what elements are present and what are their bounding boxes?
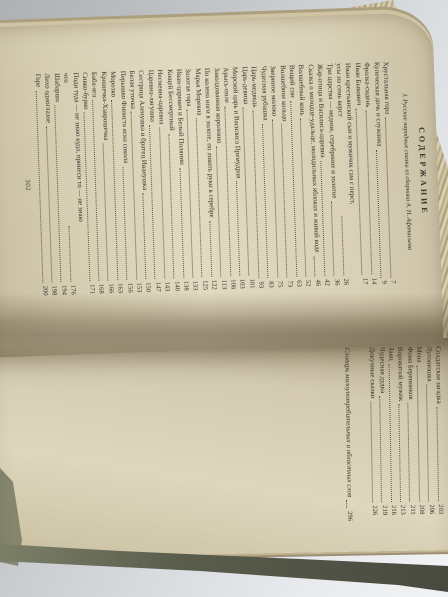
toc-entry-title: Фролка-сидень: [362, 62, 373, 107]
toc-entry-page: 156: [124, 283, 134, 293]
toc-entry-title: Марья Моревна: [192, 68, 203, 116]
toc-entry-page: 226: [370, 505, 380, 515]
dot-leader: [314, 256, 316, 277]
page-number: 302: [19, 74, 34, 296]
toc-entry-page: 168: [96, 284, 106, 294]
toc-entry-title: Сивко-бурко: [79, 72, 90, 110]
toc-entry-page: 7: [388, 280, 398, 284]
toc-entry-page: 46: [313, 279, 323, 286]
toc-entry-page: 147: [153, 282, 163, 292]
toc-entry-title: Баба-яга: [89, 72, 99, 98]
toc-entry-page: 17: [360, 278, 370, 285]
dot-leader: [398, 404, 401, 502]
toc-entry-title: Солдатская загадка: [433, 346, 443, 404]
toc-entry-title: Мена: [414, 346, 424, 362]
dot-leader: [35, 90, 43, 282]
toc-list-right: Солдатская загадка 203 Лутонюшка 206 Мен: [367, 346, 445, 515]
toc-entry-page: 150: [143, 282, 153, 292]
toc-entry-page: 200: [40, 286, 50, 296]
toc-entry-page: 26: [341, 278, 351, 285]
dot-leader: [68, 226, 71, 282]
toc-entry-title: Арысь-поле: [220, 67, 231, 103]
toc-entry-page: 75: [275, 281, 285, 288]
toc-entry-page: 219: [379, 505, 389, 515]
section-heading: I. Русские народные сказки из сборника А…: [399, 61, 415, 283]
glossary-title: Словарь малоупотребительных и областных …: [341, 348, 353, 498]
glossary-page: 296: [344, 511, 354, 521]
toc-entry-title: Царь-девица: [239, 66, 250, 104]
book-photo: Солдатская загадка 203 Лутонюшка 206 Мен: [0, 0, 448, 597]
toc-entry-title: Несмеяна-царевна: [155, 69, 166, 124]
toc-entry-page: 211: [407, 505, 417, 515]
toc-entry-title: Хрустальная гора: [380, 62, 391, 115]
toc-entry-page: 166: [106, 283, 116, 293]
toc-entry-title: Золотая гора: [183, 68, 194, 106]
toc-list-left: Хрустальная гора 7 Купеческая дочь и слу…: [32, 62, 397, 296]
toc-entry-title: Вещий сон: [286, 65, 297, 98]
dot-leader: [408, 403, 411, 502]
toc-entry-page: 52: [303, 280, 313, 287]
toc-entry-page: 103: [237, 279, 247, 289]
toc-entry-page: 63: [294, 280, 304, 287]
toc-entry-title: Иван Быкович: [352, 62, 363, 105]
toc-entry-page: 36: [331, 279, 341, 286]
toc-entry-page: 153: [134, 282, 144, 292]
dot-leader: [426, 385, 429, 502]
toc-entry-page: 125: [200, 280, 210, 290]
toc-entry-title: Царевна-лягушка: [145, 70, 156, 122]
photo-layer: Солдатская загадка 203 Лутонюшка 206 Мен: [0, 0, 448, 597]
dot-leader: [370, 402, 373, 503]
toc-entry-page: 14: [369, 277, 379, 284]
contents-header: СОДЕРЖАНИЕ I. Русские народные сказки из…: [399, 60, 432, 283]
toc-entry-page: 83: [266, 281, 276, 288]
dot-leader: [416, 366, 419, 502]
contents-page-right: Солдатская загадка 203 Лутонюшка 206 Мен: [0, 338, 448, 558]
toc-entry-page: 176: [68, 285, 78, 295]
toc-entry-page: 138: [181, 281, 191, 291]
toc-entry-title: Заяц: [386, 347, 396, 361]
toc-entry-title: Лутонюшка: [423, 346, 433, 381]
toc-entry-page: 208: [417, 505, 427, 515]
toc-entry-page: 140: [171, 281, 181, 291]
toc-entry-page: 143: [162, 281, 172, 291]
toc-entry-title: Шабарша: [51, 73, 61, 102]
toc-entry-page: 42: [322, 279, 332, 286]
toc-entry-page: 171: [87, 284, 97, 294]
toc-entry-page: 73: [284, 280, 294, 287]
toc-entry-title: Белая уточка: [126, 70, 137, 109]
toc-entry-page: 108: [228, 279, 238, 289]
toc-entry-title: Горе: [32, 74, 42, 88]
toc-entry-page: 133: [190, 280, 200, 290]
toc-entry-title: Морозко: [108, 71, 118, 97]
toc-entry-page: 93: [256, 281, 266, 288]
toc-entry-page: 206: [426, 504, 436, 514]
toc-entry-title: Чудесная дудка: [376, 347, 386, 393]
dot-leader: [346, 500, 347, 508]
toc-entry-title: Докучные сказки: [367, 347, 377, 398]
toc-entry-page: 213: [398, 505, 408, 515]
toc-entry-title: Волшебный конь: [296, 64, 307, 115]
toc-entry-page: 216: [388, 505, 398, 515]
toc-entry-page: 9: [379, 280, 389, 284]
dot-leader: [142, 193, 146, 279]
dot-leader: [388, 364, 391, 503]
toc-entry-page: 163: [115, 283, 125, 293]
toc-entry-page: 101: [247, 278, 257, 288]
dot-leader: [379, 396, 382, 502]
contents-page-left: СОДЕРЖАНИЕ I. Русские народные сказки из…: [0, 12, 444, 358]
toc-entry-page: 203: [435, 504, 445, 514]
toc-entry-title: Фома Беренников: [405, 347, 415, 400]
toc-entry-title: Звериное молоко: [267, 65, 278, 116]
toc-entry-page: 198: [49, 285, 59, 295]
dot-leader: [209, 221, 212, 277]
dot-leader: [341, 216, 344, 275]
toc-entry-title: Лихо одноглазое: [42, 73, 53, 123]
dot-leader: [436, 407, 439, 502]
dot-leader: [331, 201, 335, 276]
toc-main: Хрустальная гора 7 Купеческая дочь и слу…: [19, 62, 397, 297]
toc-entry-page: 113: [219, 280, 229, 290]
toc-entry-title: Царь-медведь: [249, 66, 260, 108]
toc-entry-page: 122: [209, 280, 219, 290]
glossary-entry: Словарь малоупотребительных и областных …: [341, 348, 353, 516]
toc-entry-title: Вороватый мужик: [395, 347, 405, 402]
toc-continued: Солдатская загадка 203 Лутонюшка 206 Мен: [341, 346, 445, 516]
contents-title: СОДЕРЖАНИЕ: [414, 60, 432, 282]
toc-entry-page: 194: [59, 285, 69, 295]
toc-entry-title: Чудесная рубашка: [258, 66, 269, 121]
